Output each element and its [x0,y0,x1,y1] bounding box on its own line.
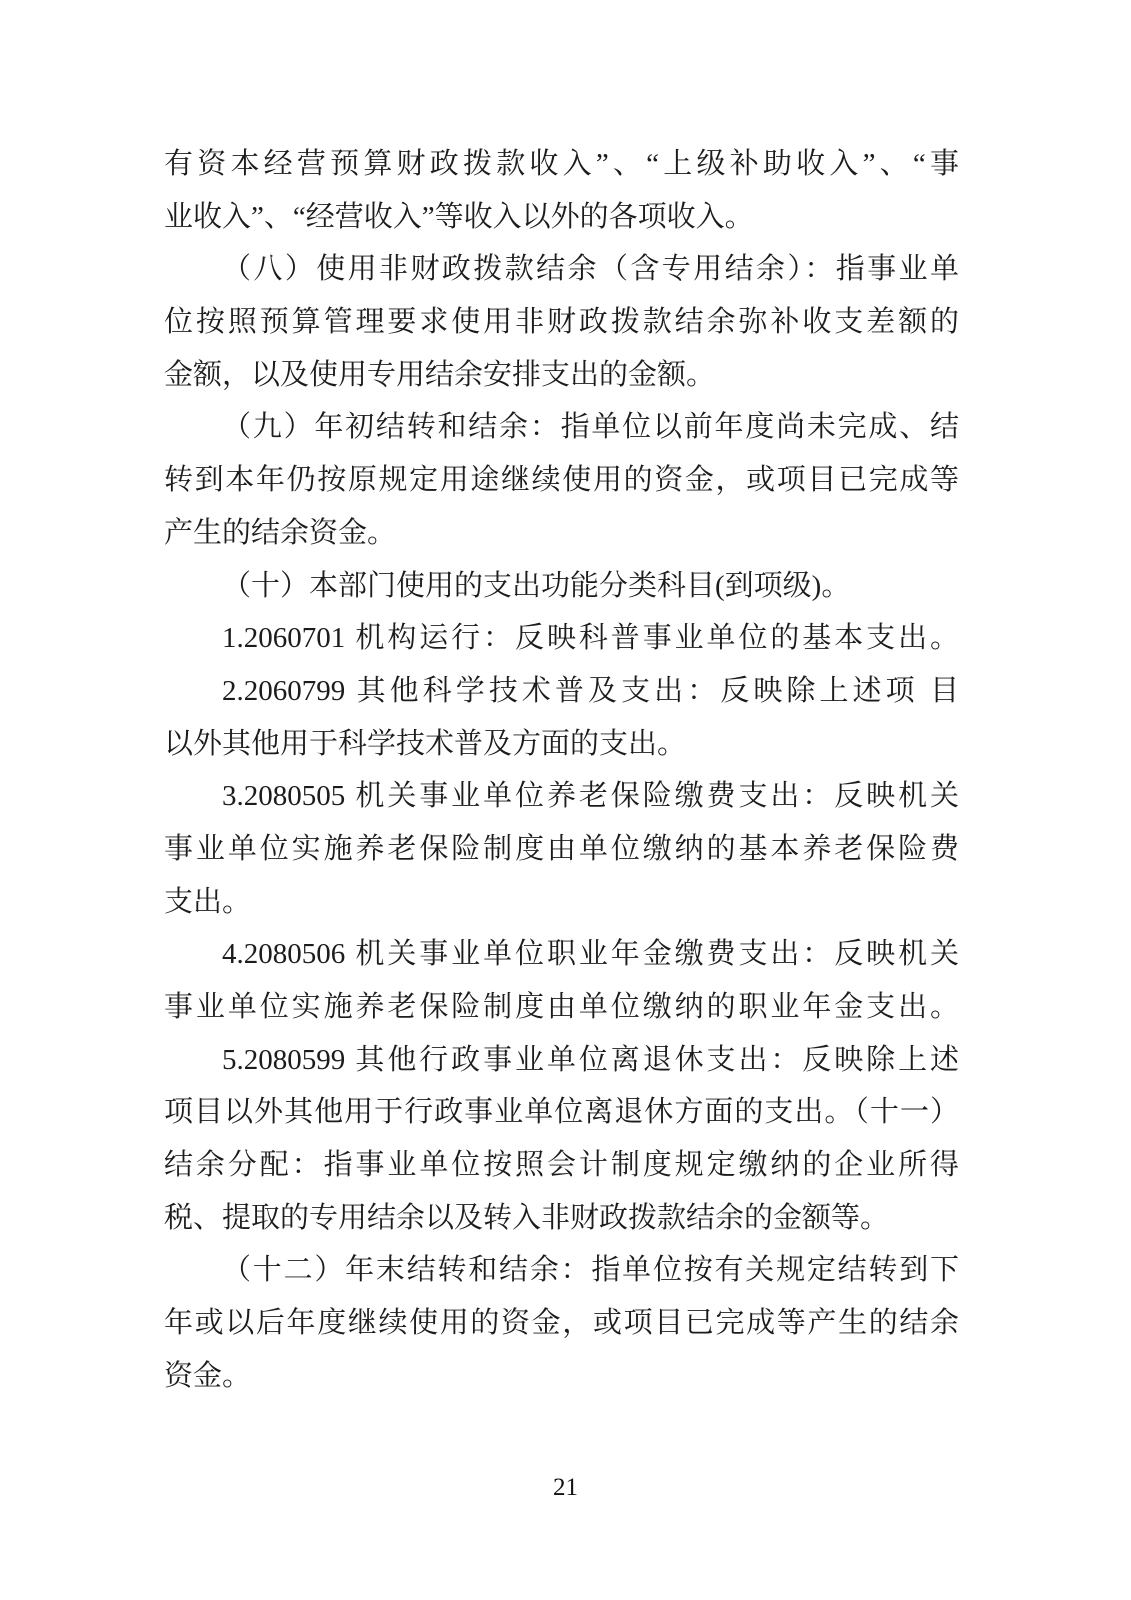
text-line: 金额，以及使用专用结余安排支出的金额。 [164,349,959,402]
text-line: （九）年初结转和结余：指单位以前年度尚未完成、结 [164,401,959,454]
text-line: 项目以外其他用于行政事业单位离退休方面的支出。（十一） [164,1086,959,1139]
page-number: 21 [0,1474,1131,1502]
text-line: 事业单位实施养老保险制度由单位缴纳的基本养老保险费 [164,823,959,876]
document-body: 有资本经营预算财政拨款收入”、“上级补助收入”、“事 业收入”、“经营收入”等收… [164,138,959,1403]
text-line: （十）本部门使用的支出功能分类科目(到项级)。 [164,560,959,613]
text-line: 业收入”、“经营收入”等收入以外的各项收入。 [164,191,959,244]
text-line: 年或以后年度继续使用的资金，或项目已完成等产生的结余 [164,1297,959,1350]
text-line: 5.2080599 其他行政事业单位离退休支出：反映除上述 [164,1034,959,1087]
text-line: 2.2060799 其他科学技术普及支出：反映除上述项 目 [164,665,959,718]
text-line: 税、提取的专用结余以及转入非财政拨款结余的金额等。 [164,1192,959,1245]
text-line: （十二）年末结转和结余：指单位按有关规定结转到下 [164,1244,959,1297]
text-line: 支出。 [164,876,959,929]
document-page: 有资本经营预算财政拨款收入”、“上级补助收入”、“事 业收入”、“经营收入”等收… [0,0,1131,1600]
text-line: 位按照预算管理要求使用非财政拨款结余弥补收支差额的 [164,296,959,349]
text-line: 资金。 [164,1350,959,1403]
text-line: 产生的结余资金。 [164,507,959,560]
text-line: （八）使用非财政拨款结余（含专用结余）：指事业单 [164,243,959,296]
text-line: 1.2060701 机构运行：反映科普事业单位的基本支出。 [164,612,959,665]
text-line: 结余分配：指事业单位按照会计制度规定缴纳的企业所得 [164,1139,959,1192]
text-line: 转到本年仍按原规定用途继续使用的资金，或项目已完成等 [164,454,959,507]
text-line: 3.2080505 机关事业单位养老保险缴费支出：反映机关 [164,770,959,823]
text-line: 4.2080506 机关事业单位职业年金缴费支出：反映机关 [164,928,959,981]
text-line: 事业单位实施养老保险制度由单位缴纳的职业年金支出。 [164,981,959,1034]
text-line: 有资本经营预算财政拨款收入”、“上级补助收入”、“事 [164,138,959,191]
text-line: 以外其他用于科学技术普及方面的支出。 [164,718,959,771]
